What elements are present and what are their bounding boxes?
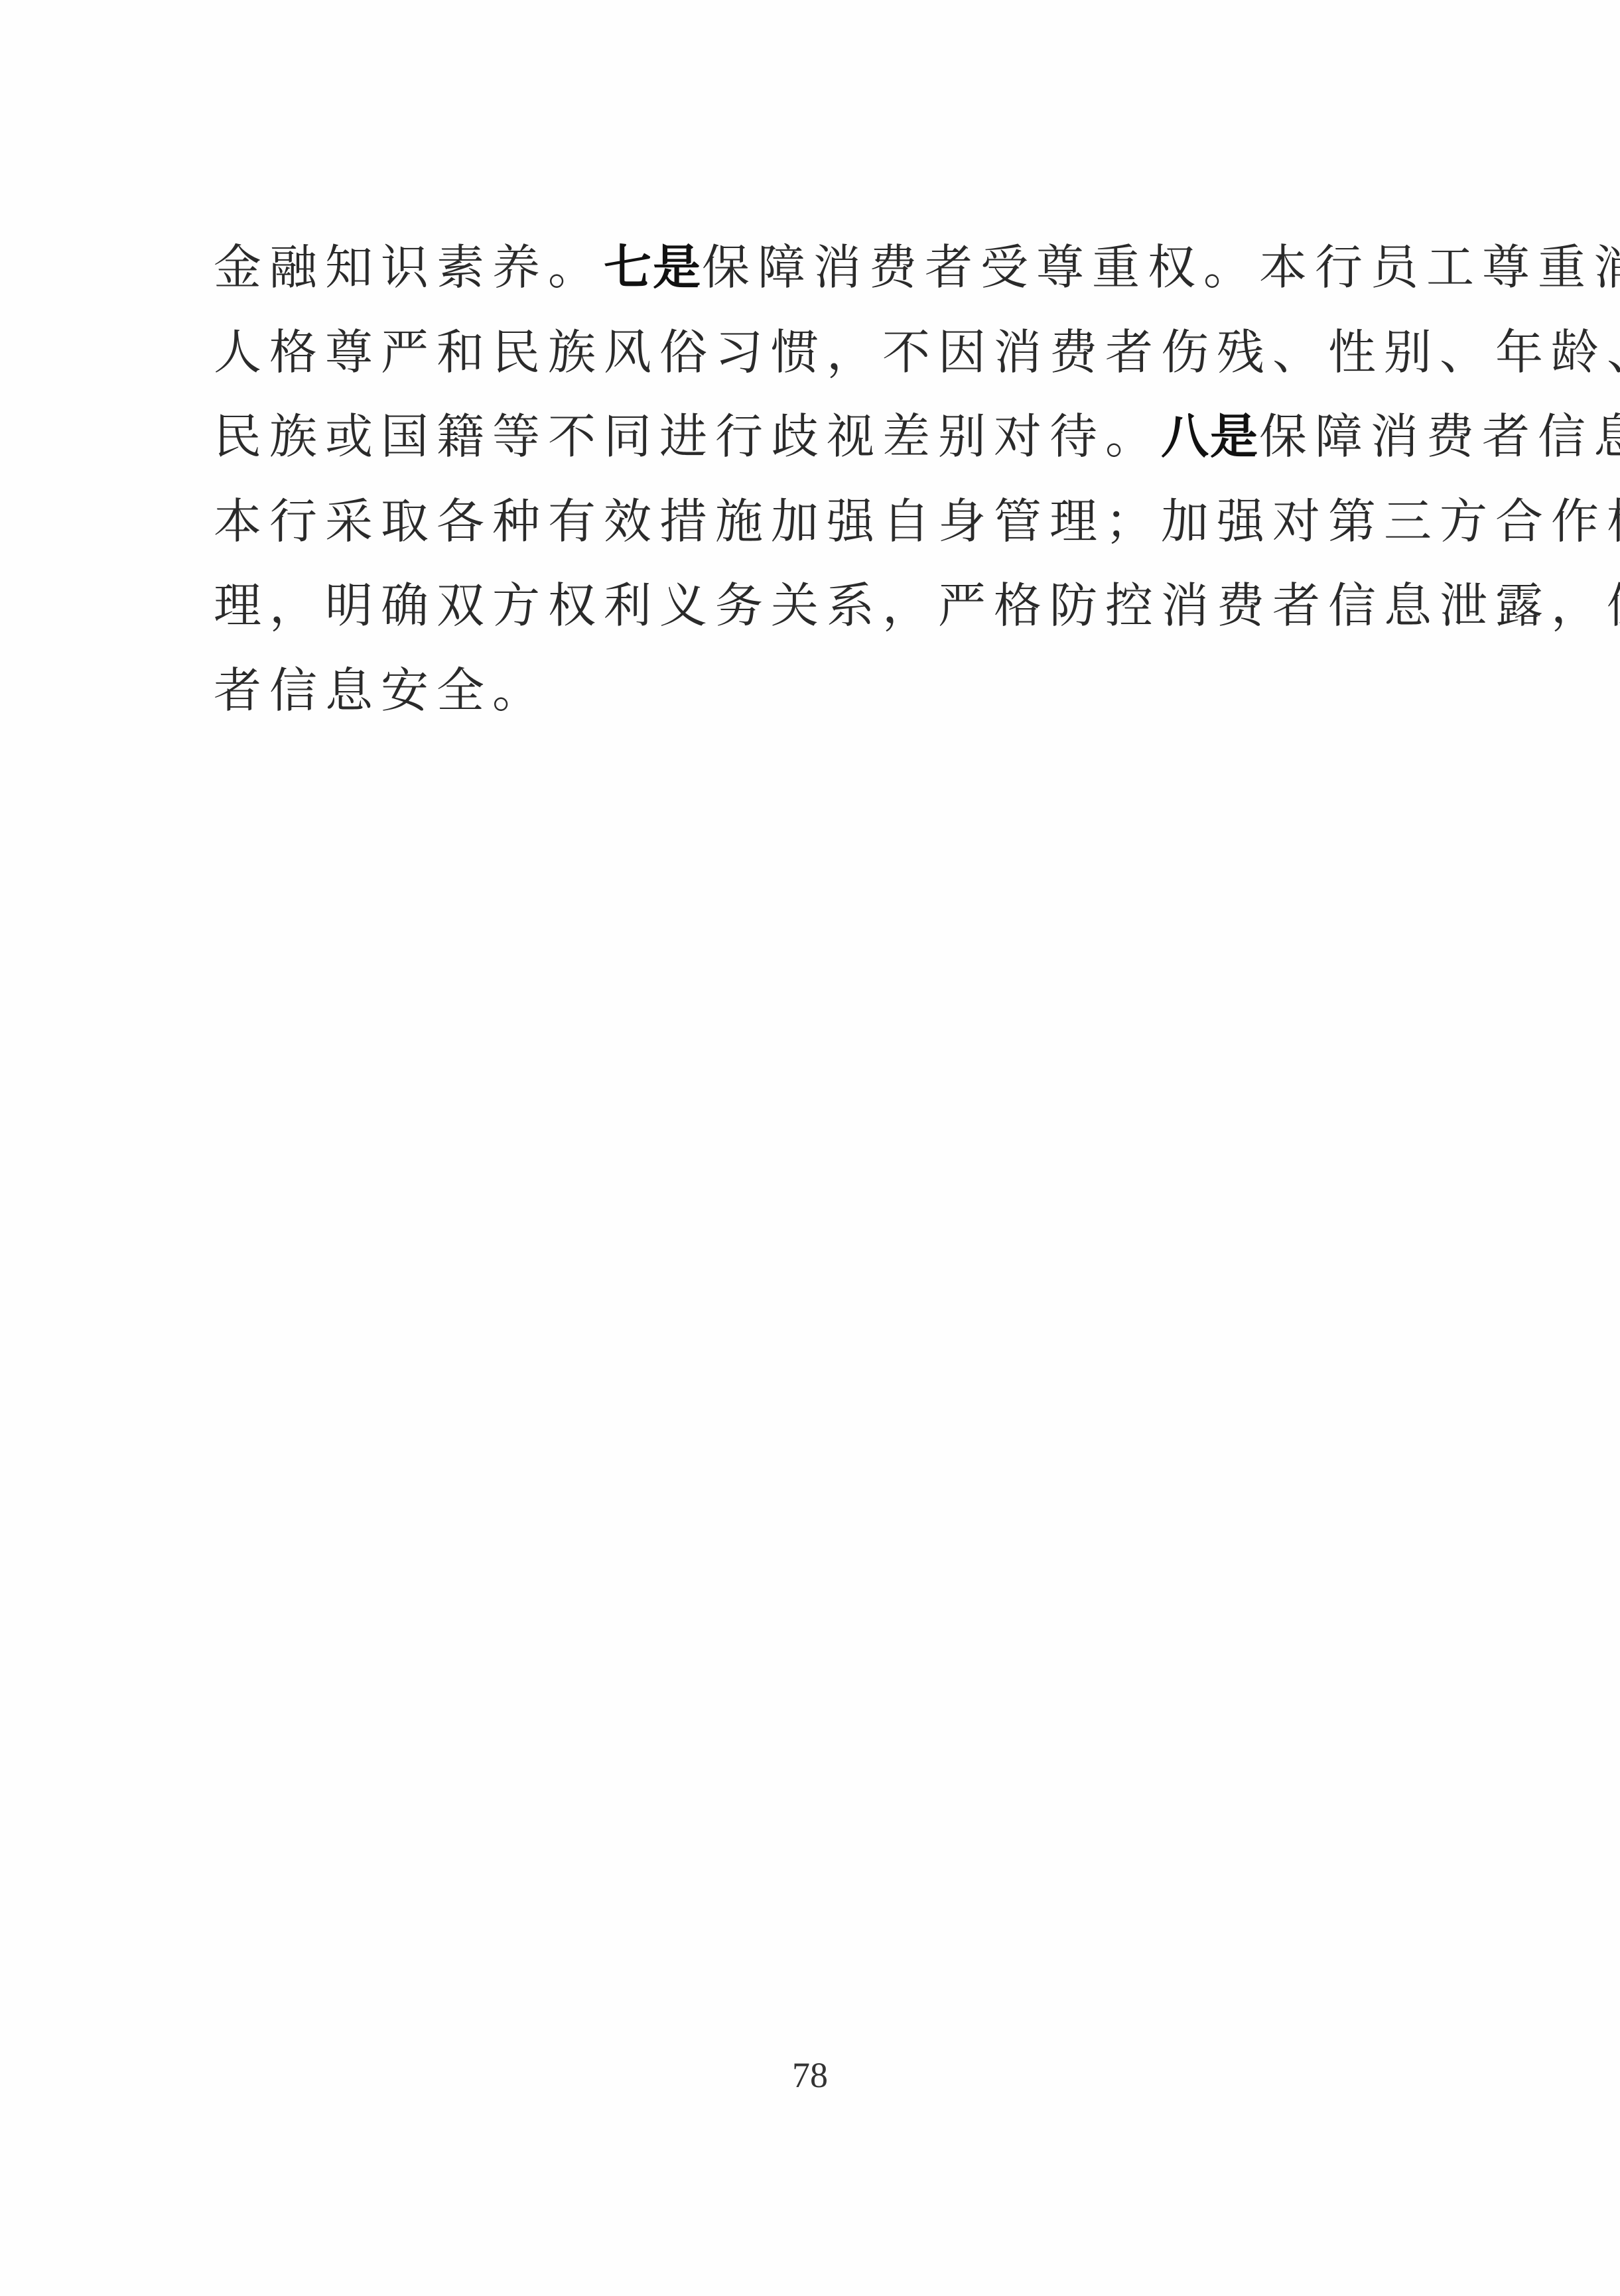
text-line: 理，明确双方权利义务关系，严格防控消费者信息泄露，保障消费 xyxy=(214,564,1414,649)
text-run: 金融知识素养。 xyxy=(214,239,604,295)
bold-run-eight: 八是 xyxy=(1161,409,1259,464)
text-run: 者信息安全。 xyxy=(214,663,548,718)
text-line: 民族或国籍等不同进行歧视差别对待。八是保障消费者信息安全权。 xyxy=(214,395,1414,479)
text-run: 本行采取各种有效措施加强自身管理；加强对第三方合作机构的管 xyxy=(214,493,1620,549)
text-run: 理，明确双方权利义务关系，严格防控消费者信息泄露，保障消费 xyxy=(214,578,1620,633)
text-line: 者信息安全。 xyxy=(214,649,1414,733)
page-number: 78 xyxy=(0,2055,1620,2096)
text-run: 保障消费者信息安全权。 xyxy=(1259,409,1620,464)
text-line: 本行采取各种有效措施加强自身管理；加强对第三方合作机构的管 xyxy=(214,479,1414,564)
body-paragraph: 金融知识素养。七是保障消费者受尊重权。本行员工尊重消费者的 人格尊严和民族风俗习… xyxy=(214,225,1414,733)
text-run: 保障消费者受尊重权。本行员工尊重消费者的 xyxy=(702,239,1620,295)
document-page: 金融知识素养。七是保障消费者受尊重权。本行员工尊重消费者的 人格尊严和民族风俗习… xyxy=(0,0,1620,2296)
text-line: 人格尊严和民族风俗习惯，不因消费者伤残、性别、年龄、种族、 xyxy=(214,310,1414,395)
bold-run-seven: 七是 xyxy=(604,239,702,295)
text-run: 人格尊严和民族风俗习惯，不因消费者伤残、性别、年龄、种族、 xyxy=(214,324,1620,380)
text-run: 民族或国籍等不同进行歧视差别对待。 xyxy=(214,409,1161,464)
text-line: 金融知识素养。七是保障消费者受尊重权。本行员工尊重消费者的 xyxy=(214,225,1414,310)
